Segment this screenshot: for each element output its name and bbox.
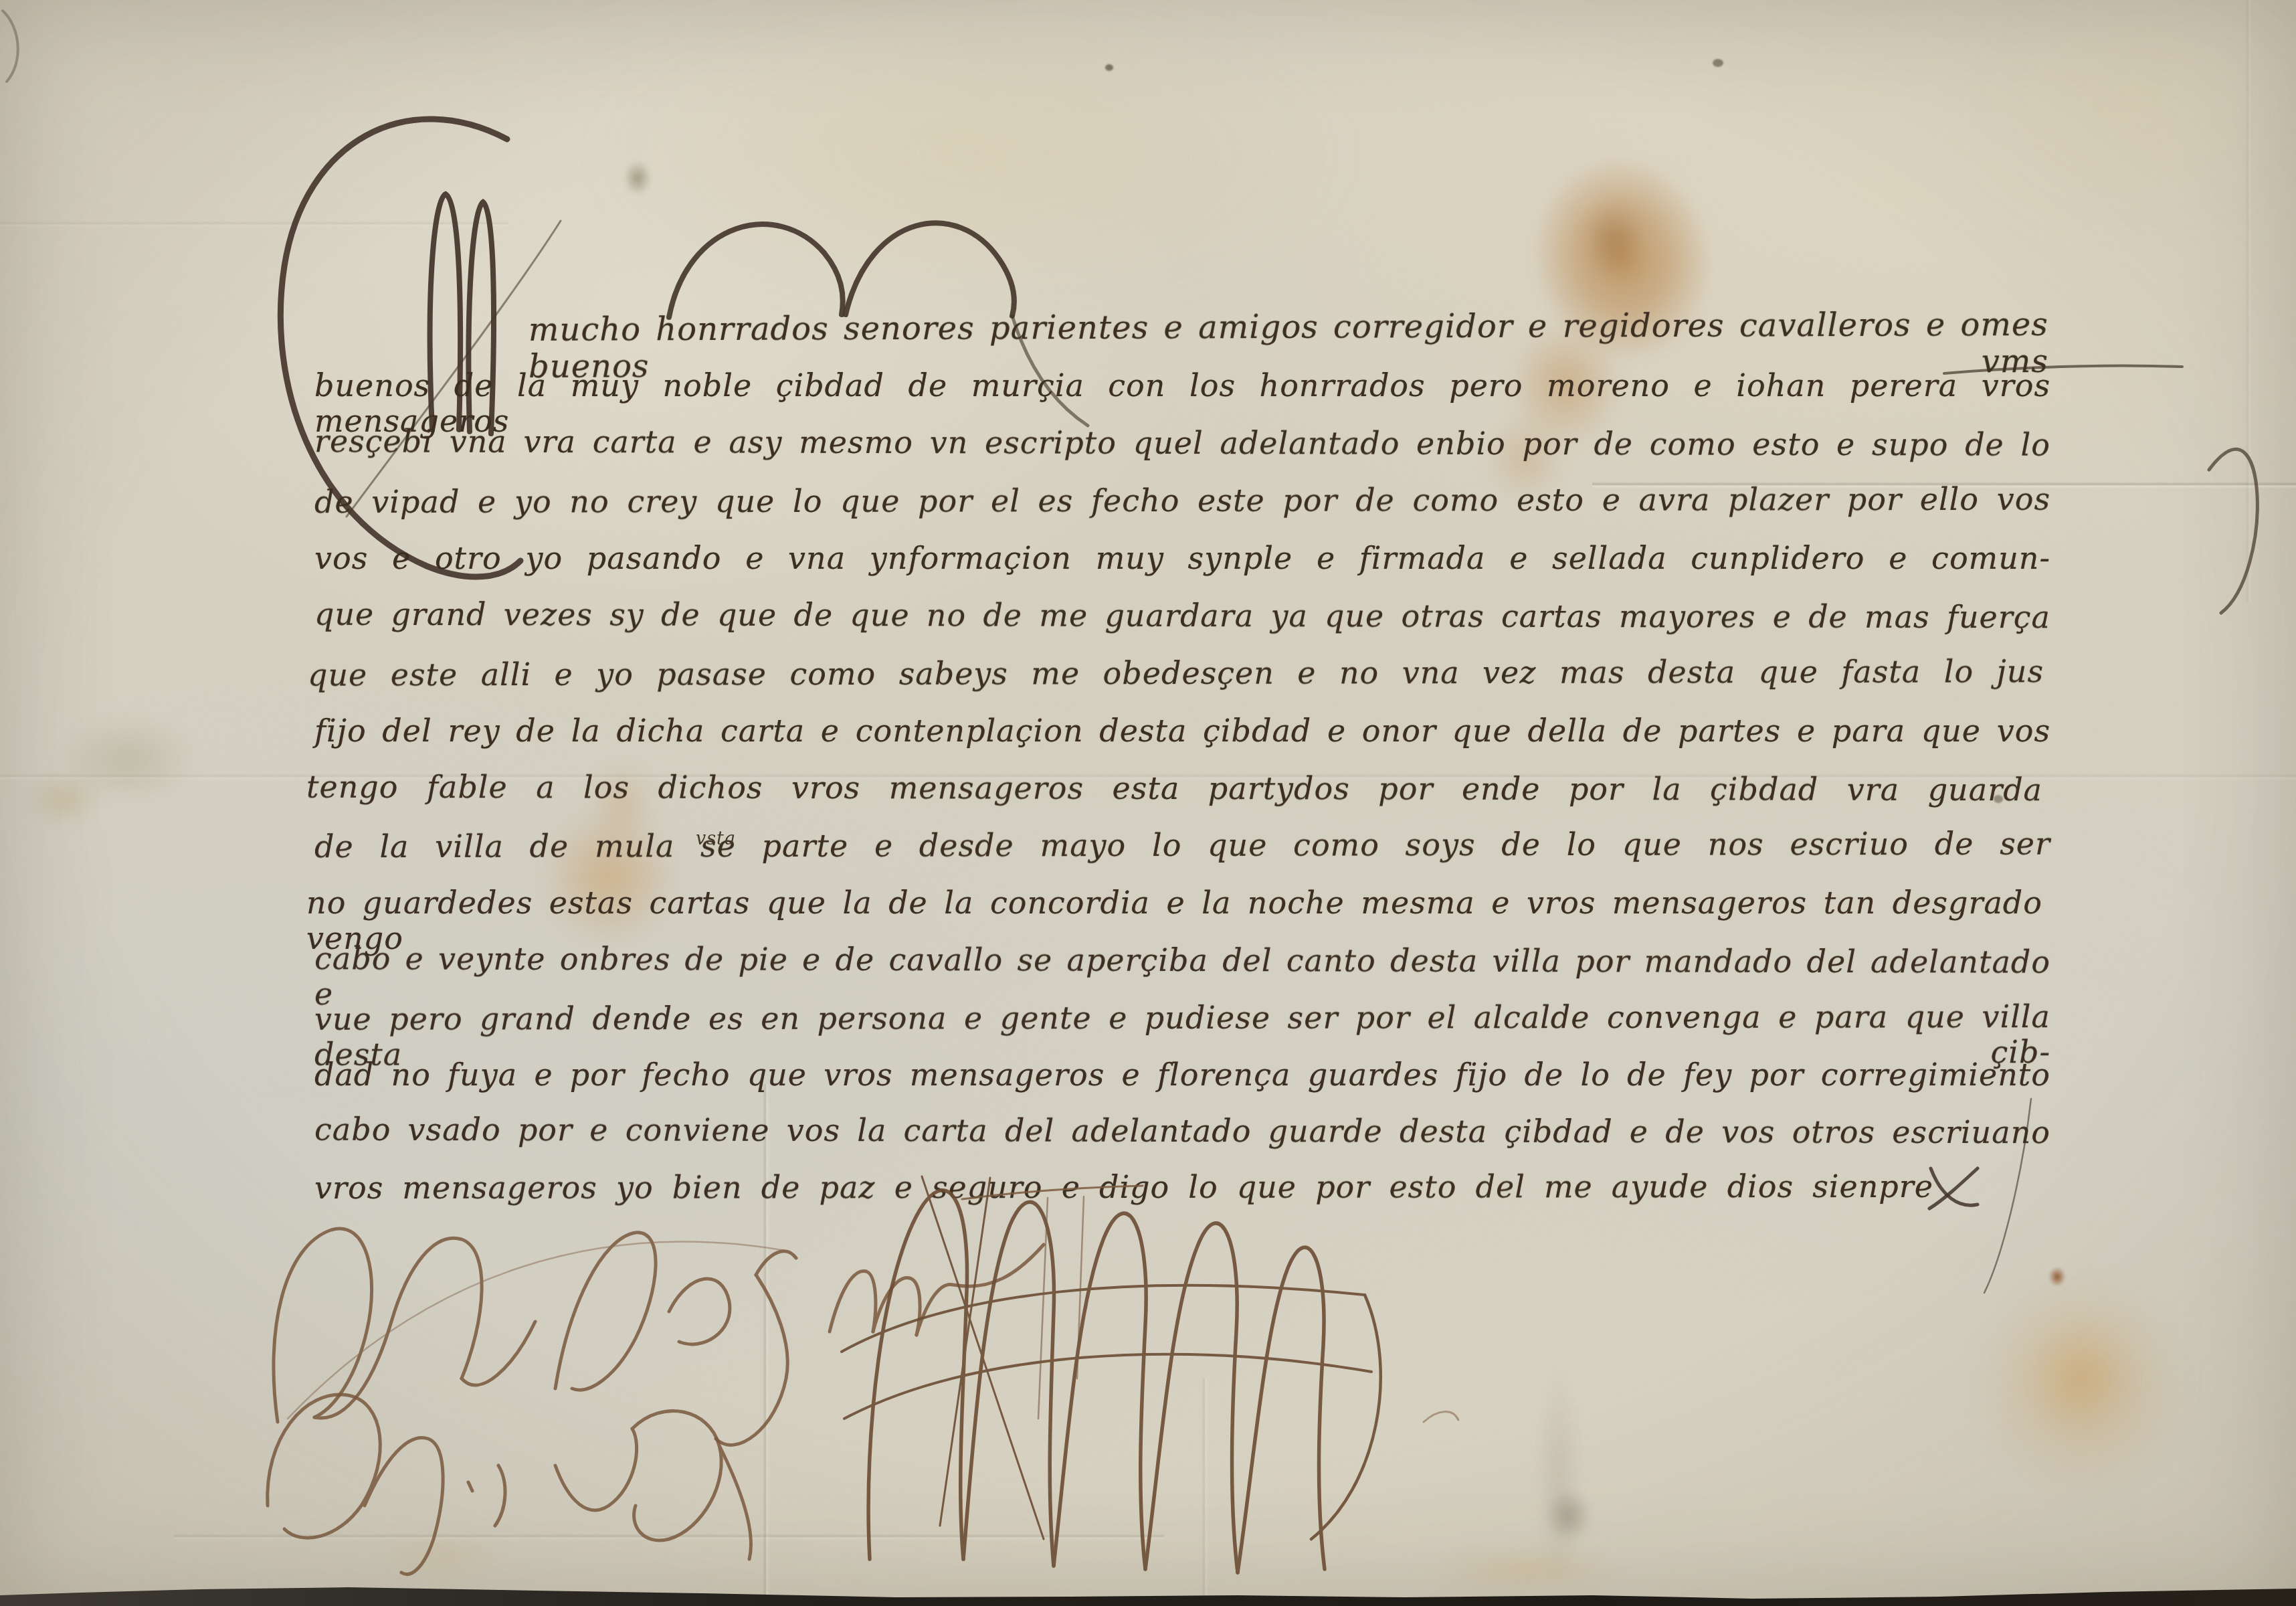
interlinear-insertion: vsta — [696, 828, 736, 849]
manuscript-line: fijo del rey de la dicha carta e contenp… — [314, 713, 2050, 749]
manuscript-line: que grand vezes sy de que de que no de m… — [314, 597, 2050, 635]
manuscript-text-block: mucho honrrados senores parientes e amig… — [0, 0, 2296, 1606]
manuscript-page: mucho honrrados senores parientes e amig… — [0, 0, 2296, 1606]
manuscript-line: que este alli e yo pasase como sabeys me… — [308, 654, 2044, 693]
manuscript-line: cabo vsado por e conviene vos la carta d… — [314, 1112, 2050, 1150]
manuscript-line: vos e otro yo pasando e vna ynformaçion … — [314, 541, 2050, 576]
manuscript-line: dad no fuya e por fecho que vros mensage… — [314, 1057, 2050, 1093]
manuscript-line: resçebi vna vra carta e asy mesmo vn esc… — [314, 424, 2050, 462]
manuscript-line: vros mensageros yo bien de paz e seguro … — [314, 1169, 1933, 1206]
manuscript-line: tengo fable a los dichos vros mensageros… — [306, 770, 2042, 808]
manuscript-line: de la villa de mula se parte e desde may… — [314, 826, 2050, 865]
photo-backdrop: mucho honrrados senores parientes e amig… — [0, 0, 2296, 1606]
manuscript-line: de vipad e yo no crey que lo que por el … — [314, 482, 2050, 520]
